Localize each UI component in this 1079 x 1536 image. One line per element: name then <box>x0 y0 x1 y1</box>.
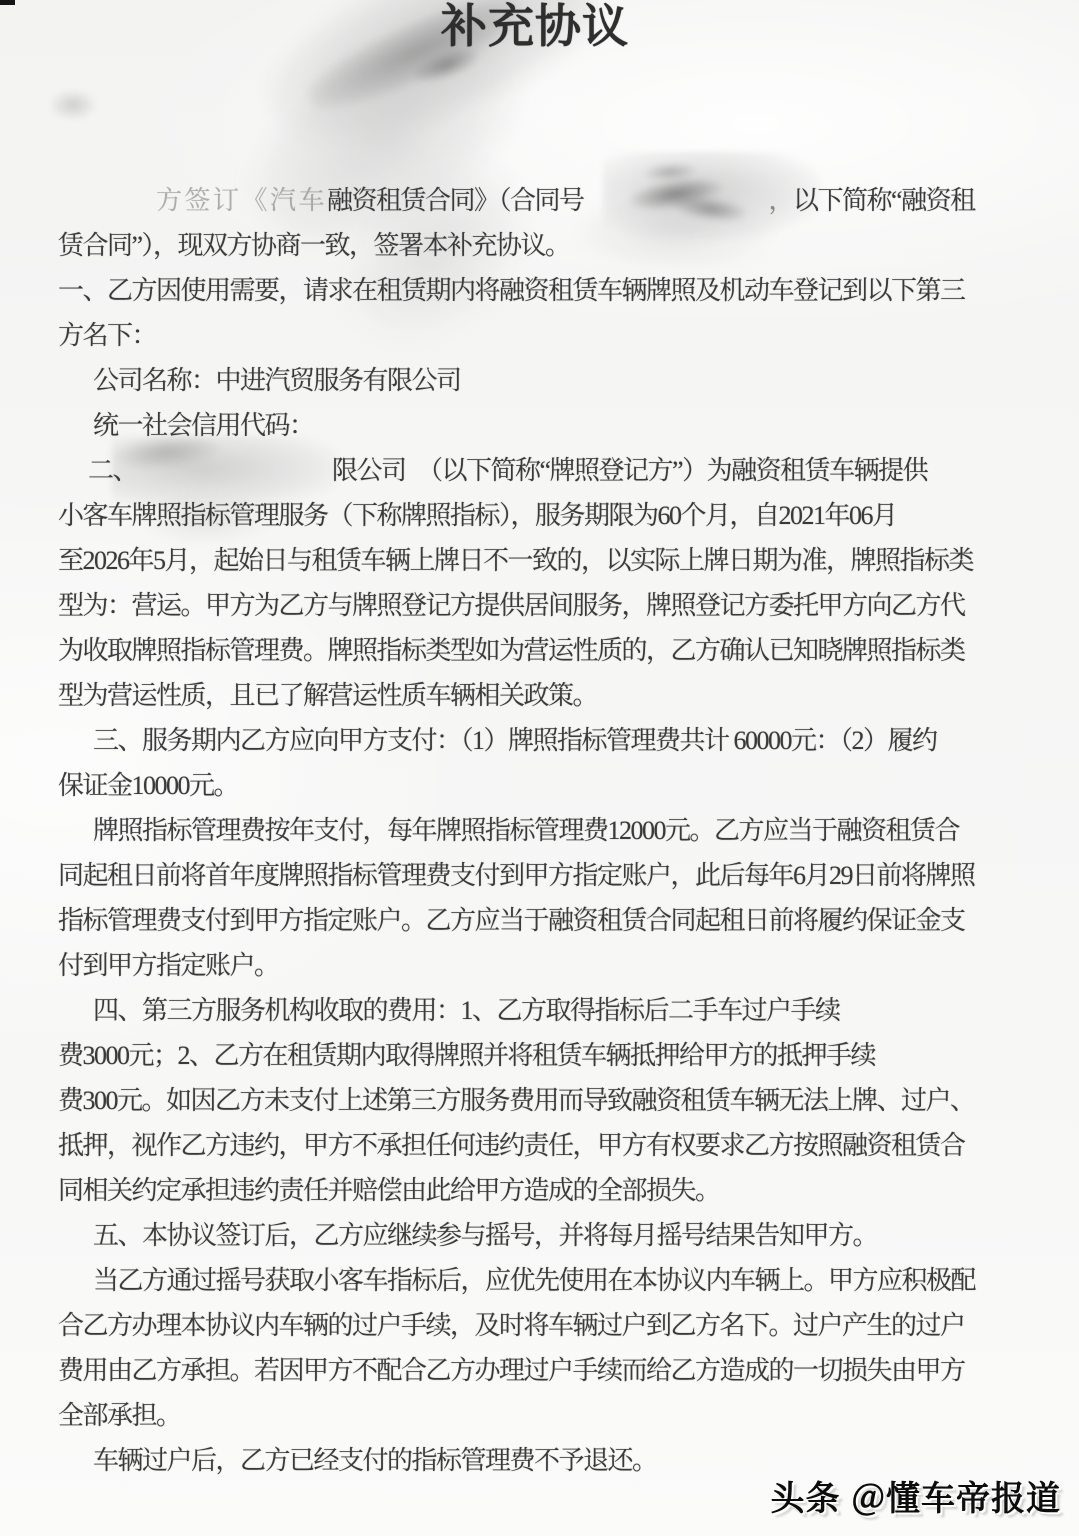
text-line: 同相关约定承担违约责任并赔偿由此给甲方造成的全部损失。 <box>58 1168 1023 1213</box>
contract-body: 方签订《汽车融资租赁合同》（合同号，以下简称“融资租 赁合同”），现双方协商一致… <box>58 178 1023 1483</box>
faded-intro-text: 方签订《汽车 <box>156 186 327 215</box>
photo-edge-artifact <box>0 0 15 5</box>
intro-mid-text: 融资租赁合同》（合同号 <box>327 186 584 215</box>
toutiao-watermark: 头条 ＠懂车帝报道 <box>771 1471 1061 1520</box>
text-line: 一、乙方因使用需要，请求在租赁期内将融资租赁车辆牌照及机动车登记到以下第三 <box>58 268 1023 313</box>
document-title: 补充协议 <box>441 0 629 56</box>
text-line: 四、第三方服务机构收取的费用：1、乙方取得指标后二手车过户手续 <box>58 988 1023 1033</box>
text-line: 五、本协议签订后，乙方应继续参与摇号，并将每月摇号结果告知甲方。 <box>58 1213 1023 1258</box>
text-line: 指标管理费支付到甲方指定账户。乙方应当于融资租赁合同起租日前将履约保证金支 <box>58 898 1023 943</box>
text-line: 全部承担。 <box>58 1393 1023 1438</box>
text-line: 牌照指标管理费按年支付，每年牌照指标管理费12000元。乙方应当于融资租赁合 <box>58 808 1023 853</box>
clause2-number: 二、 <box>88 456 137 485</box>
clause2-line: 二、限公司 （以下简称“牌照登记方”）为融资租赁车辆提供 <box>58 448 1023 493</box>
text-line: 方名下： <box>58 313 1023 358</box>
text-line: 至2026年5月，起始日与租赁车辆上牌日不一致的，以实际上牌日期为准，牌照指标类 <box>58 538 1023 583</box>
text-line: 抵押，视作乙方违约，甲方不承担任何违约责任，甲方有权要求乙方按照融资租赁合 <box>58 1123 1023 1168</box>
intro-line-2: 赁合同”），现双方协商一致，签署本补充协议。 <box>58 223 1023 268</box>
text-line: 小客车牌照指标管理服务（下称牌照指标），服务期限为60个月，自2021年06月 <box>58 493 1023 538</box>
contract-photo-page: 补充协议 方签订《汽车融资租赁合同》（合同号，以下简称“融资租 赁合同”），现双… <box>0 0 1079 1536</box>
intro-comma: ， <box>769 186 794 215</box>
intro-tail-text: 以下简称“融资租 <box>793 186 975 215</box>
contract-number-gap <box>584 203 769 204</box>
text-line: 当乙方通过摇号获取小客车指标后，应优先使用在本协议内车辆上。甲方应积极配 <box>58 1258 1023 1303</box>
text-line: 公司名称：中进汽贸服务有限公司 <box>58 358 1023 403</box>
clause2-rest-text: 限公司 （以下简称“牌照登记方”）为融资租赁车辆提供 <box>332 456 927 485</box>
text-line: 付到甲方指定账户。 <box>58 943 1023 988</box>
text-line: 三、服务期内乙方应向甲方支付：（1）牌照指标管理费共计 60000元：（2）履约 <box>58 718 1023 763</box>
text-line: 同起租日前将首年度牌照指标管理费支付到甲方指定账户，此后每年6月29日前将牌照 <box>58 853 1023 898</box>
text-line: 费3000元；2、乙方在租赁期内取得牌照并将租赁车辆抵押给甲方的抵押手续 <box>58 1033 1023 1078</box>
text-line: 为收取牌照指标管理费。牌照指标类型如为营运性质的，乙方确认已知晓牌照指标类 <box>58 628 1023 673</box>
text-line: 合乙方办理本协议内车辆的过户手续，及时将车辆过户到乙方名下。过户产生的过户 <box>58 1303 1023 1348</box>
faded-text-fragment <box>50 90 96 120</box>
text-line: 统一社会信用代码： <box>58 403 1023 448</box>
company-name-gap <box>137 473 332 474</box>
text-line: 型为营运性质，且已了解营运性质车辆相关政策。 <box>58 673 1023 718</box>
text-line: 费300元。如因乙方未支付上述第三方服务费用而导致融资租赁车辆无法上牌、过户、 <box>58 1078 1023 1123</box>
intro-line-1: 方签订《汽车融资租赁合同》（合同号，以下简称“融资租 <box>58 178 1023 223</box>
text-line: 型为：营运。甲方为乙方与牌照登记方提供居间服务，牌照登记方委托甲方向乙方代 <box>58 583 1023 628</box>
text-line: 保证金10000元。 <box>58 763 1023 808</box>
text-line: 费用由乙方承担。若因甲方不配合乙方办理过户手续而给乙方造成的一切损失由甲方 <box>58 1348 1023 1393</box>
